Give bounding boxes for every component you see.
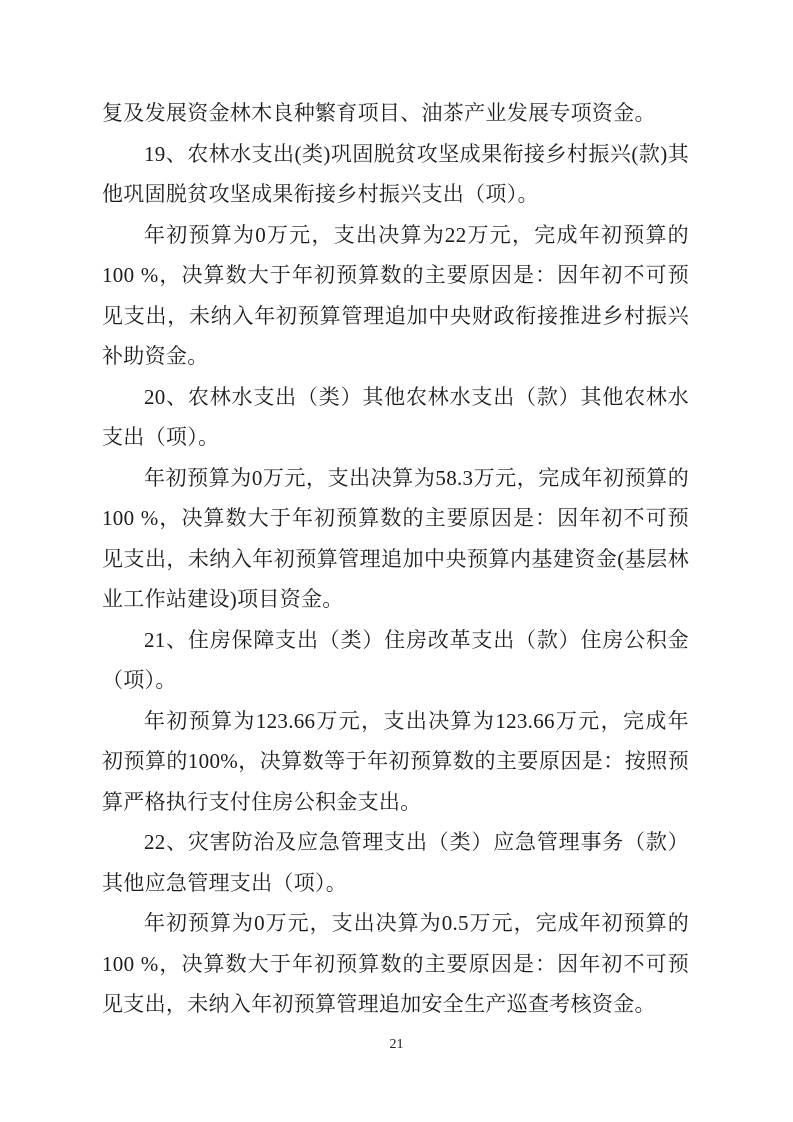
paragraph: 年初预算为123.66万元，支出决算为123.66万元，完成年初预算的100%，…	[102, 701, 689, 823]
paragraph: 20、农林水支出（类）其他农林水支出（款）其他农林水支出（项）。	[102, 377, 689, 458]
paragraph: 复及发展资金林木良种繁育项目、油茶产业发展专项资金。	[102, 93, 689, 134]
paragraph: 22、灾害防治及应急管理支出（类）应急管理事务（款）其他应急管理支出（项）。	[102, 822, 689, 903]
page-footer: 21	[0, 1037, 793, 1053]
paragraph: 年初预算为0万元，支出决算为22万元，完成年初预算的100 %，决算数大于年初预…	[102, 215, 689, 377]
paragraph: 年初预算为0万元，支出决算为58.3万元，完成年初预算的100 %，决算数大于年…	[102, 458, 689, 620]
document-body: 复及发展资金林木良种繁育项目、油茶产业发展专项资金。19、农林水支出(类)巩固脱…	[0, 0, 793, 1025]
document-page: 复及发展资金林木良种繁育项目、油茶产业发展专项资金。19、农林水支出(类)巩固脱…	[0, 0, 793, 1122]
page-number: 21	[390, 1037, 404, 1052]
paragraph: 年初预算为0万元，支出决算为0.5万元，完成年初预算的100 %，决算数大于年初…	[102, 903, 689, 1025]
paragraph: 19、农林水支出(类)巩固脱贫攻坚成果衔接乡村振兴(款)其他巩固脱贫攻坚成果衔接…	[102, 134, 689, 215]
paragraph: 21、住房保障支出（类）住房改革支出（款）住房公积金（项）。	[102, 620, 689, 701]
